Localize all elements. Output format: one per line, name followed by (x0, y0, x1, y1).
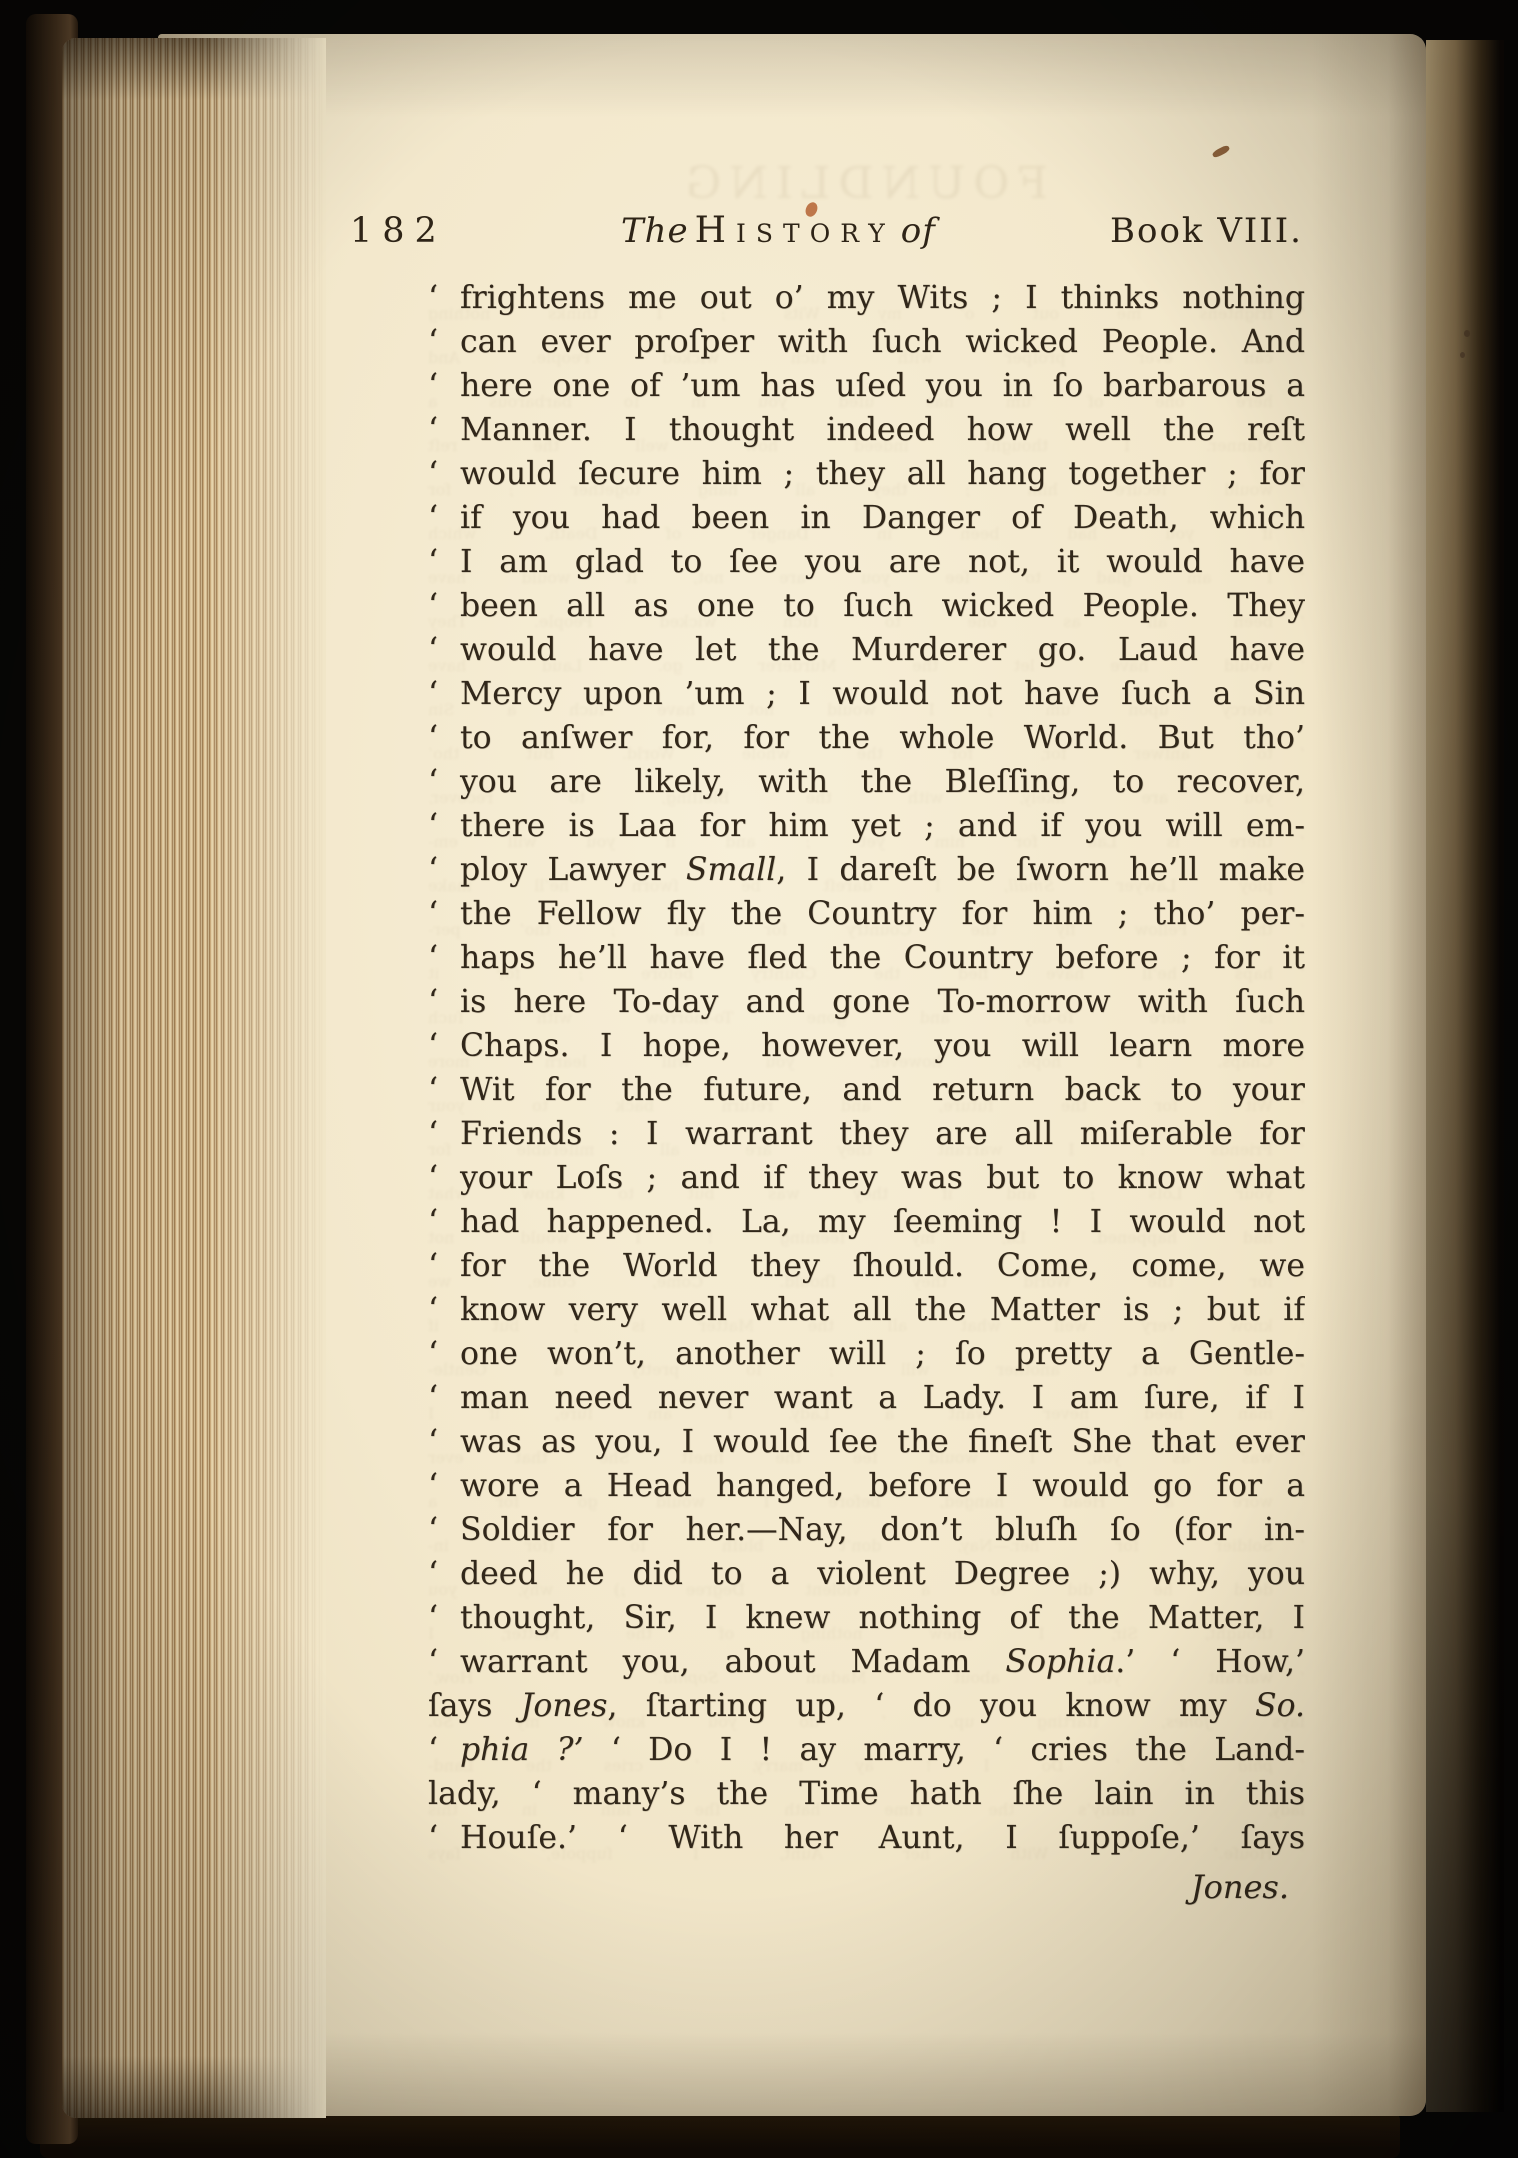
marginal-quote-mark: ‘ (428, 1508, 460, 1552)
book-cover-bottom-edge (40, 2112, 1400, 2158)
text-line: ‘would ſecure him ; they all hang togeth… (428, 452, 1305, 496)
marginal-quote-mark: ‘ (428, 364, 460, 408)
marginal-quote-mark: ‘ (428, 452, 460, 496)
text-line: ‘know very well what all the Matter is ;… (428, 1288, 1305, 1332)
catchword: Jones. (428, 1868, 1289, 1906)
marginal-quote-mark: ‘ (428, 672, 460, 716)
marginal-quote-mark: ‘ (428, 892, 460, 936)
marginal-quote-mark: ‘ (428, 1288, 460, 1332)
text-line: ‘phia ?’ ‘ Do I ! ay marry, ‘ cries the … (428, 1728, 1305, 1772)
paper-speck (1464, 330, 1470, 337)
marginal-quote-mark: ‘ (428, 628, 460, 672)
title-the: The (621, 211, 689, 251)
text-line: ‘your Loſs ; and if they was but to know… (428, 1156, 1305, 1200)
text-line: ‘ploy Lawyer Small, I dareſt be ſworn he… (428, 848, 1305, 892)
text-line: ‘Friends : I warrant they are all miſera… (428, 1112, 1305, 1156)
text-line: ‘been all as one to ſuch wicked People. … (428, 584, 1305, 628)
text-line: ‘there is Laa for him yet ; and if you w… (428, 804, 1305, 848)
text-line: ‘was as you, I would ſee the fineſt She … (428, 1420, 1305, 1464)
text-line: ‘deed he did to a violent Degree ;) why,… (428, 1552, 1305, 1596)
text-line: ‘Chaps. I hope, however, you will learn … (428, 1024, 1305, 1068)
text-line: ‘Houſe.’ ‘ With her Aunt, I ſuppoſe,’ ſa… (428, 1816, 1305, 1860)
text-line: ‘I am glad to ſee you are not, it would … (428, 540, 1305, 584)
marginal-quote-mark: ‘ (428, 1552, 460, 1596)
text-line: ‘here one of ’um has uſed you in ſo barb… (428, 364, 1305, 408)
text-line: ‘if you had been in Danger of Death, whi… (428, 496, 1305, 540)
marginal-quote-mark: ‘ (428, 1596, 460, 1640)
title-history: History (689, 210, 901, 251)
marginal-quote-mark: ‘ (428, 1200, 460, 1244)
ghost-showthrough-title: FOUNDLING (388, 158, 1338, 209)
text-line: lady, ‘ many’s the Time hath ſhe lain in… (428, 1772, 1305, 1816)
marginal-quote-mark: ‘ (428, 584, 460, 628)
fanned-page-edges (62, 38, 326, 2118)
title-of: of (901, 211, 936, 251)
text-line: ‘Soldier for her.—Nay, don’t bluſh ſo (f… (428, 1508, 1305, 1552)
marginal-quote-mark: ‘ (428, 760, 460, 804)
marginal-quote-mark: ‘ (428, 1024, 460, 1068)
text-line: ‘warrant you, about Madam Sophia.’ ‘ How… (428, 1640, 1305, 1684)
marginal-quote-mark: ‘ (428, 1816, 460, 1860)
text-line: ‘Mercy upon ’um ; I would not have ſuch … (428, 672, 1305, 716)
marginal-quote-mark: ‘ (428, 1068, 460, 1112)
text-line: ‘Wit for the future, and return back to … (428, 1068, 1305, 1112)
text-line: ‘you are likely, with the Bleſſing, to r… (428, 760, 1305, 804)
book-photograph: FOUNDLING ‘frightens me out o’ my Wits ;… (0, 0, 1518, 2158)
text-line: ‘is here To-day and gone To-morrow with … (428, 980, 1305, 1024)
marginal-quote-mark: ‘ (428, 1156, 460, 1200)
text-line: ‘can ever proſper with ſuch wicked Peopl… (428, 320, 1305, 364)
book-page: FOUNDLING ‘frightens me out o’ my Wits ;… (158, 34, 1426, 2116)
text-line: ‘one won’t, another will ; ſo pretty a G… (428, 1332, 1305, 1376)
running-title: TheHistoryof (621, 210, 936, 251)
marginal-quote-mark: ‘ (428, 496, 460, 540)
page-number: 182 (350, 211, 447, 251)
running-header: 182 TheHistoryof Book VIII. (350, 210, 1303, 251)
marginal-quote-mark: ‘ (428, 1376, 460, 1420)
marginal-quote-mark: ‘ (428, 1112, 460, 1156)
text-line: ‘frightens me out o’ my Wits ; I thinks … (428, 276, 1305, 320)
marginal-quote-mark: ‘ (428, 1420, 460, 1464)
text-line: ‘thought, Sir, I knew nothing of the Mat… (428, 1596, 1305, 1640)
marginal-quote-mark: ‘ (428, 1244, 460, 1288)
book-number-label: Book VIII. (1110, 211, 1303, 251)
marginal-quote-mark: ‘ (428, 1464, 460, 1508)
text-line: ‘would have let the Murderer go. Laud ha… (428, 628, 1305, 672)
marginal-quote-mark: ‘ (428, 716, 460, 760)
text-line: ſays Jones, ſtarting up, ‘ do you know m… (428, 1684, 1305, 1728)
right-page-edges (1426, 40, 1504, 2112)
marginal-quote-mark: ‘ (428, 320, 460, 364)
text-line: ‘haps he’ll have fled the Country before… (428, 936, 1305, 980)
marginal-quote-mark: ‘ (428, 1728, 460, 1772)
marginal-quote-mark: ‘ (428, 1332, 460, 1376)
text-line: ‘man need never want a Lady. I am ſure, … (428, 1376, 1305, 1420)
marginal-quote-mark: ‘ (428, 980, 460, 1024)
marginal-quote-mark: ‘ (428, 1640, 460, 1684)
paper-speck (1460, 352, 1465, 358)
text-line: ‘to anſwer for, for the whole World. But… (428, 716, 1305, 760)
marginal-quote-mark: ‘ (428, 804, 460, 848)
text-line: ‘wore a Head hanged, before I would go f… (428, 1464, 1305, 1508)
text-line: ‘had happened. La, my ſeeming ! I would … (428, 1200, 1305, 1244)
marginal-quote-mark: ‘ (428, 276, 460, 320)
marginal-quote-mark: ‘ (428, 936, 460, 980)
body-text: ‘frightens me out o’ my Wits ; I thinks … (428, 276, 1305, 1860)
paper-speck (1211, 144, 1230, 159)
text-line: ‘for the World they ſhould. Come, come, … (428, 1244, 1305, 1288)
text-line: ‘Manner. I thought indeed how well the r… (428, 408, 1305, 452)
marginal-quote-mark: ‘ (428, 848, 460, 892)
marginal-quote-mark: ‘ (428, 408, 460, 452)
text-line: ‘the Fellow fly the Country for him ; th… (428, 892, 1305, 936)
marginal-quote-mark: ‘ (428, 540, 460, 584)
